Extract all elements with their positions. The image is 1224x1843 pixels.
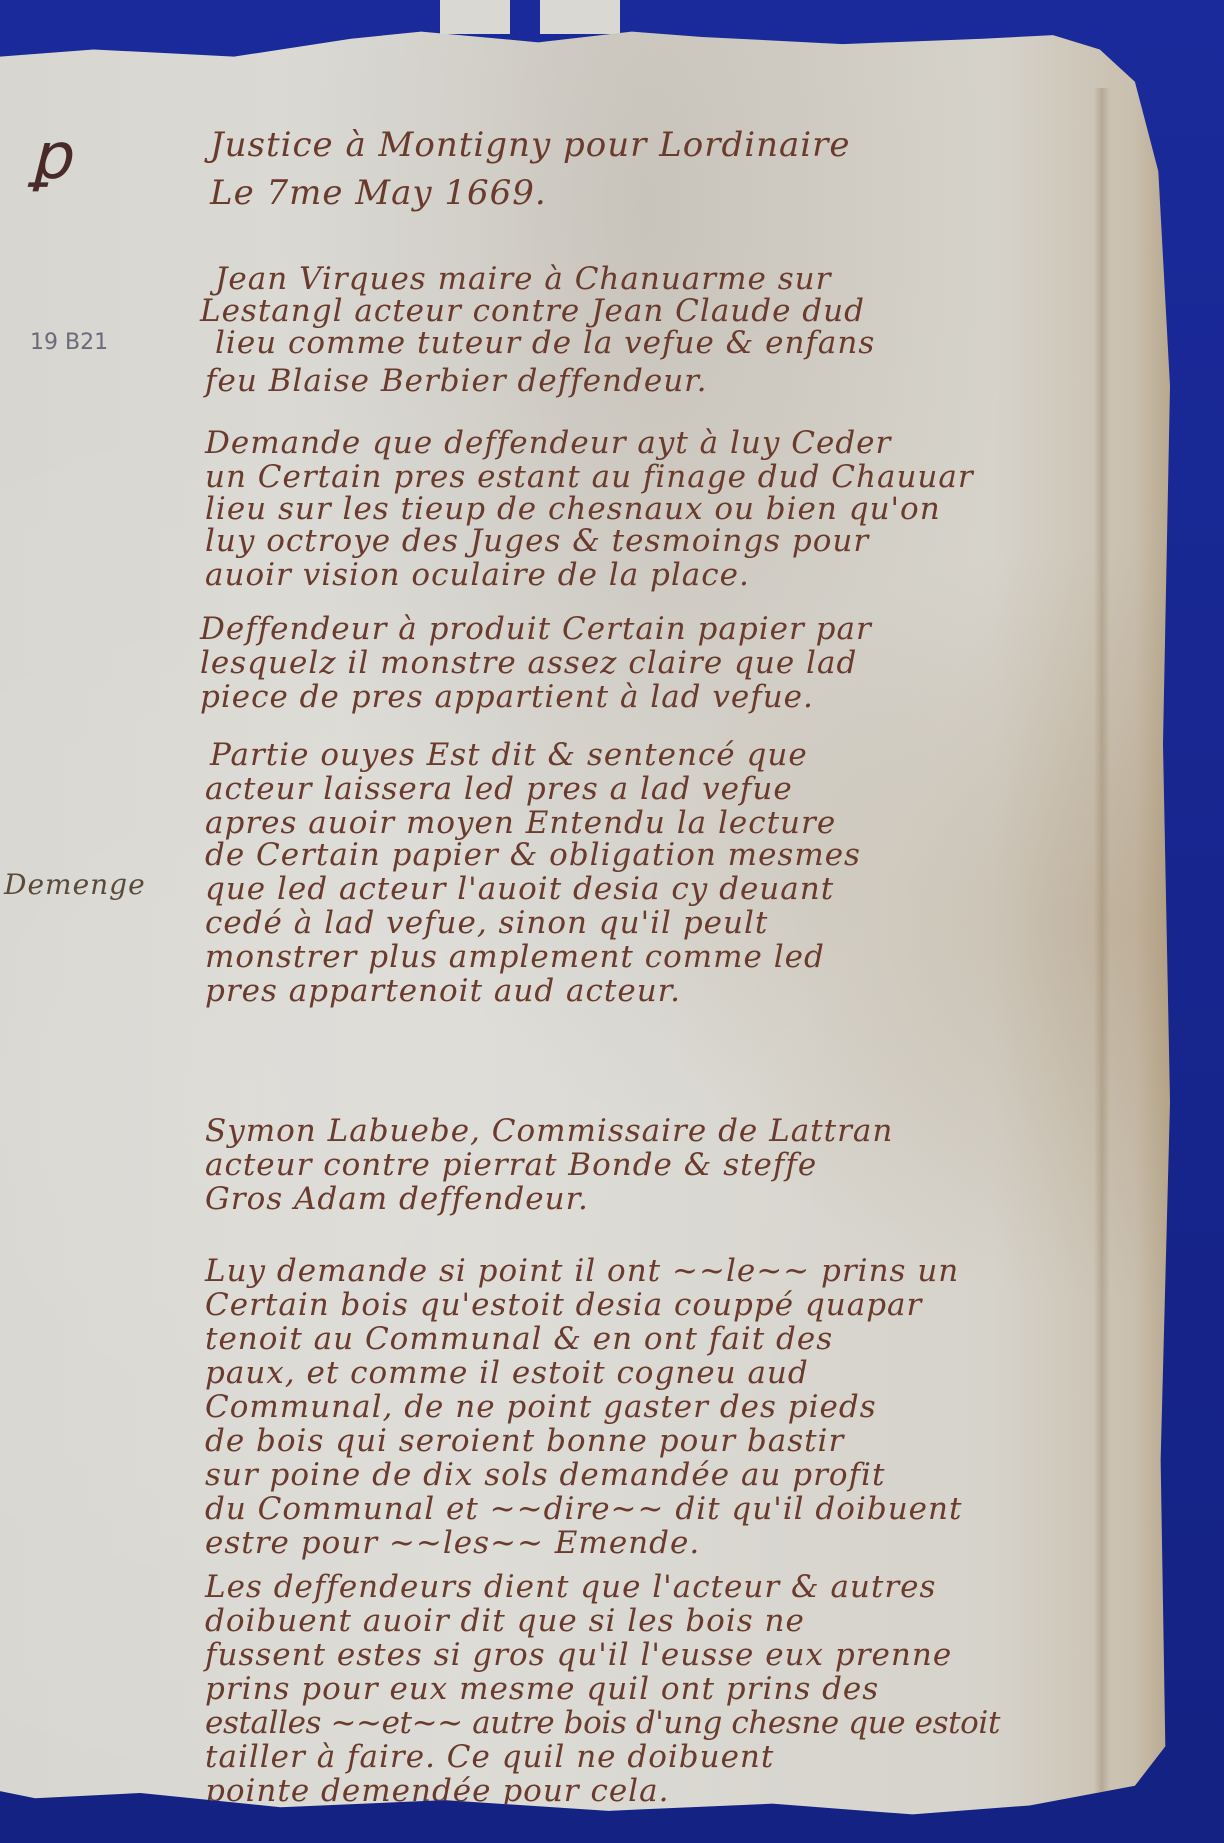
text-line: monstrer plus amplement comme led — [205, 942, 825, 973]
text-line: Deffendeur à produit Certain papier par — [200, 614, 872, 645]
text-line: apres auoir moyen Entendu la lecture — [205, 808, 836, 839]
text-line: de bois qui seroient bonne pour bastir — [205, 1426, 844, 1457]
text-line: tailler à faire. Ce quil ne doibuent — [205, 1742, 774, 1773]
text-line: auoir vision oculaire de la place. — [205, 560, 750, 591]
heading-date-line: Le 7me May 1669. — [210, 176, 547, 210]
margin-name-annotation: Demenge — [4, 868, 146, 901]
text-line: prins pour eux mesme quil ont prins des — [205, 1674, 879, 1705]
text-line: Symon Labuebe, Commissaire de Lattran — [205, 1116, 893, 1147]
text-line: doibuent auoir dit que si les bois ne — [205, 1606, 805, 1637]
text-line: tenoit au Communal & en ont fait des — [205, 1324, 833, 1355]
text-line: de Certain papier & obligation mesmes — [205, 840, 861, 871]
text-line: Jean Virques maire à Chanuarme sur — [215, 264, 831, 295]
text-line: feu Blaise Berbier deffendeur. — [205, 366, 707, 397]
text-line: du Communal et ~~dire~~ dit qu'il doibue… — [205, 1494, 962, 1525]
text-line: sur poine de dix sols demandée au profit — [205, 1460, 885, 1491]
text-line: Certain bois qu'estoit desia couppé quap… — [205, 1290, 922, 1321]
text-line: un Certain pres estant au finage dud Cha… — [205, 462, 974, 493]
text-line: pres appartenoit aud acteur. — [205, 976, 681, 1007]
text-line: Demande que deffendeur ayt à luy Ceder — [205, 428, 891, 459]
heading-line: Justice à Montigny pour Lordinaire — [210, 128, 851, 162]
text-line: fussent estes si gros qu'il l'eusse eux … — [205, 1640, 952, 1671]
text-line: cedé à lad vefue, sinon qu'il peult — [205, 908, 768, 939]
text-line: lesquelz il monstre assez claire que lad — [200, 648, 857, 679]
text-line: luy octroye des Juges & tesmoings pour — [205, 526, 869, 557]
text-line: Communal, de ne point gaster des pieds — [205, 1392, 877, 1423]
text-line: paux, et comme il estoit cogneu aud — [205, 1358, 809, 1389]
margin-paragraph-mark: ꝑ — [30, 120, 72, 194]
shelfmark-label: 19 B21 — [30, 330, 108, 355]
text-line: estre pour ~~les~~ Emende. — [205, 1528, 700, 1559]
paper-tab-fragment — [540, 0, 620, 34]
text-line: estalles ~~et~~ autre bois d'ung chesne … — [205, 1708, 1000, 1739]
text-line: Lestangl acteur contre Jean Claude dud — [200, 296, 865, 327]
page-fold-edge — [1094, 88, 1110, 1808]
text-line: lieu comme tuteur de la vefue & enfans — [215, 328, 875, 359]
text-line: Partie ouyes Est dit & sentencé que — [210, 740, 808, 771]
paper-tab-fragment — [440, 0, 510, 34]
manuscript-page: ꝑ 19 B21 Demenge Justice à Montigny pour… — [0, 28, 1170, 1818]
text-line: Luy demande si point il ont ~~le~~ prins… — [205, 1256, 959, 1287]
text-line: Gros Adam deffendeur. — [205, 1184, 589, 1215]
text-line: que led acteur l'auoit desia cy deuant — [205, 874, 834, 905]
text-line: Les deffendeurs dient que l'acteur & aut… — [205, 1572, 936, 1603]
text-line: acteur laissera led pres a lad vefue — [205, 774, 793, 805]
text-line: piece de pres appartient à lad vefue. — [200, 682, 814, 713]
text-line: lieu sur les tieup de chesnaux ou bien q… — [205, 494, 941, 525]
text-line: acteur contre pierrat Bonde & steffe — [205, 1150, 817, 1181]
